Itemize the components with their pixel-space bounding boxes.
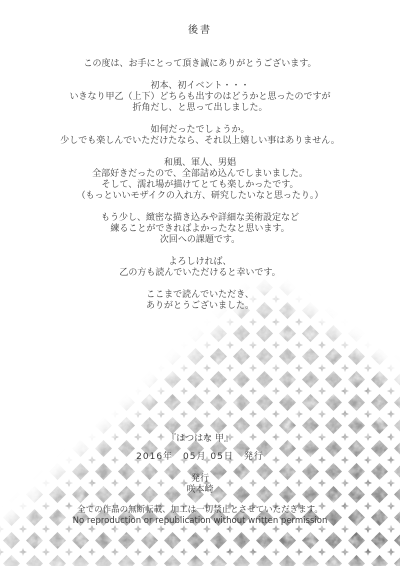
text-line: （もっといいモザイクの入れ方、研究したいなと思ったり。） <box>0 191 400 202</box>
text-line: そして、濡れ場が描けてとても楽しかったです。 <box>0 180 400 191</box>
copyright-notice-en: No reproduction or republication without… <box>0 516 400 527</box>
copyright-notice-jp: 全ての作品の無断転載、加工は一切禁止とさせていただきます。 <box>0 505 400 516</box>
paragraph: よろしければ、乙の方も読んでいただけると幸いです。 <box>0 257 400 279</box>
text-line: ここまで読んでいただき、 <box>0 290 400 301</box>
publisher-label: 発行 <box>0 474 400 485</box>
text-line: 次回への課題です。 <box>0 235 400 246</box>
afterword-page: 後書 この度は、お手にとって頂き誠にありがとうございます。初本、初イベント・・・… <box>0 0 400 566</box>
publisher-name: 咲本崎 <box>0 485 400 496</box>
paragraph: 和風、軍人、男娼全部好きだったので、全部詰め込んでしまいました。そして、濡れ場が… <box>0 158 400 202</box>
text-line: もう少し、緻密な描き込みや詳細な美術設定など <box>0 213 400 224</box>
publish-date: 2016年 05月 05日 発行 <box>0 452 400 463</box>
text-line: 和風、軍人、男娼 <box>0 158 400 169</box>
afterword-body: この度は、お手にとって頂き誠にありがとうございます。初本、初イベント・・・いきな… <box>0 59 400 323</box>
text-line: ありがとうございました。 <box>0 301 400 312</box>
text-line: 初本、初イベント・・・ <box>0 81 400 92</box>
colophon: 『はつはな 甲』 2016年 05月 05日 発行 発行 咲本崎 全ての作品の無… <box>0 434 400 527</box>
paragraph: ここまで読んでいただき、ありがとうございました。 <box>0 290 400 312</box>
book-title: 『はつはな 甲』 <box>0 434 400 445</box>
text-line: 乙の方も読んでいただけると幸いです。 <box>0 268 400 279</box>
paragraph: この度は、お手にとって頂き誠にありがとうございます。 <box>0 59 400 70</box>
text-line: 少しでも楽しんでいただけたなら、それ以上嬉しい事はありません。 <box>0 136 400 147</box>
text-layer: 後書 この度は、お手にとって頂き誠にありがとうございます。初本、初イベント・・・… <box>0 0 400 566</box>
paragraph: 初本、初イベント・・・いきなり甲乙（上下）どちらも出すのはどうかと思ったのですが… <box>0 81 400 114</box>
page-title: 後書 <box>0 21 400 36</box>
paragraph: 如何だったでしょうか。少しでも楽しんでいただけたなら、それ以上嬉しい事はありませ… <box>0 125 400 147</box>
paragraph: もう少し、緻密な描き込みや詳細な美術設定など練ることができればよかったなと思いま… <box>0 213 400 246</box>
text-line: よろしければ、 <box>0 257 400 268</box>
text-line: 折角だし、と思って出しました。 <box>0 103 400 114</box>
text-line: 如何だったでしょうか。 <box>0 125 400 136</box>
text-line: 練ることができればよかったなと思います。 <box>0 224 400 235</box>
text-line: 全部好きだったので、全部詰め込んでしまいました。 <box>0 169 400 180</box>
text-line: この度は、お手にとって頂き誠にありがとうございます。 <box>0 59 400 70</box>
text-line: いきなり甲乙（上下）どちらも出すのはどうかと思ったのですが <box>0 92 400 103</box>
